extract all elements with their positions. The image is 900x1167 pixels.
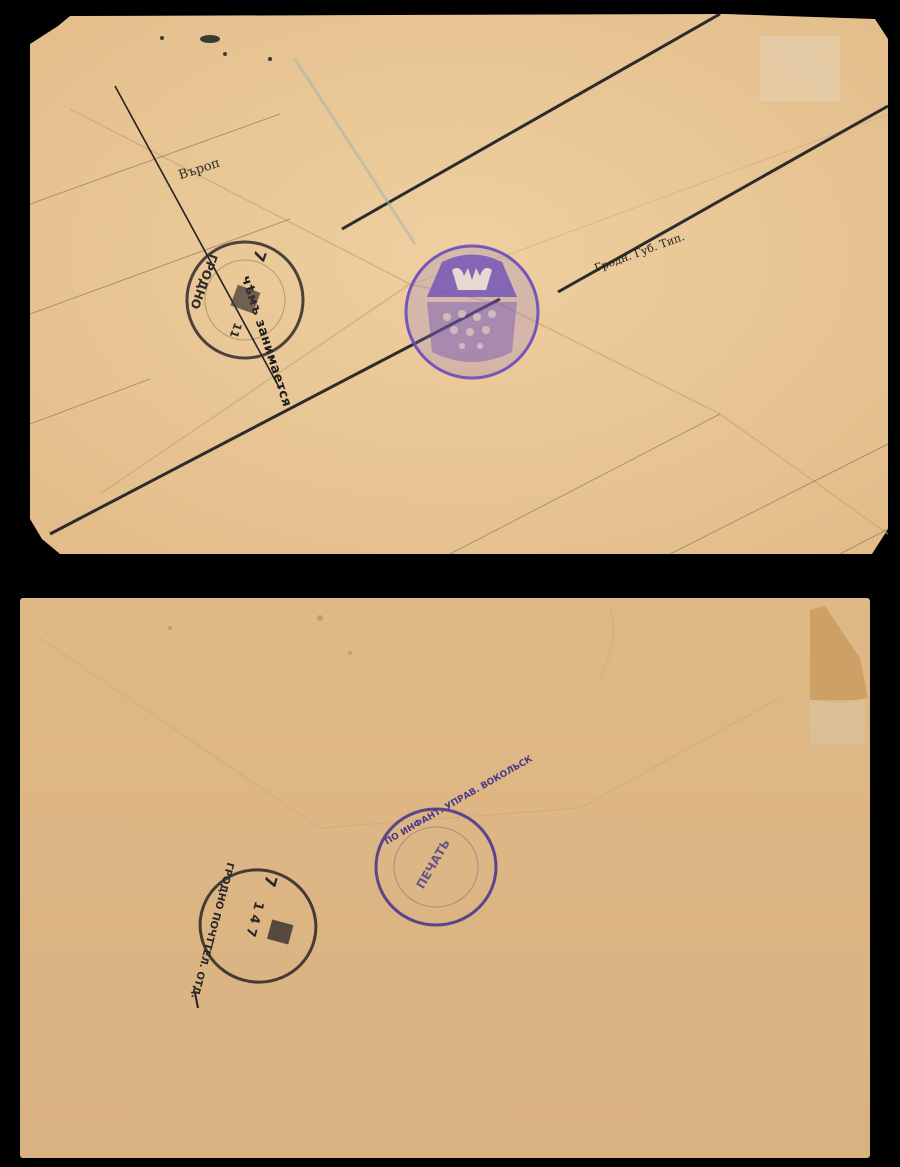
envelope-bottom: ГРОДНО ПОЧТТЕЛ. ОТД. 1 4 7 7 ПО ИНФАНТ. … — [20, 598, 870, 1158]
double-headed-eagle-icon — [402, 242, 542, 382]
envelope-top: Въроп чѣмъ занимается Гродн. Губ. Тип. Г… — [30, 14, 888, 554]
eagle-seal-stamp — [402, 242, 542, 382]
office-seal-stamp: ПО ИНФАНТ. УПРАВ. ВОКОЛЬСК ПЕЧАТЬ — [372, 805, 500, 929]
